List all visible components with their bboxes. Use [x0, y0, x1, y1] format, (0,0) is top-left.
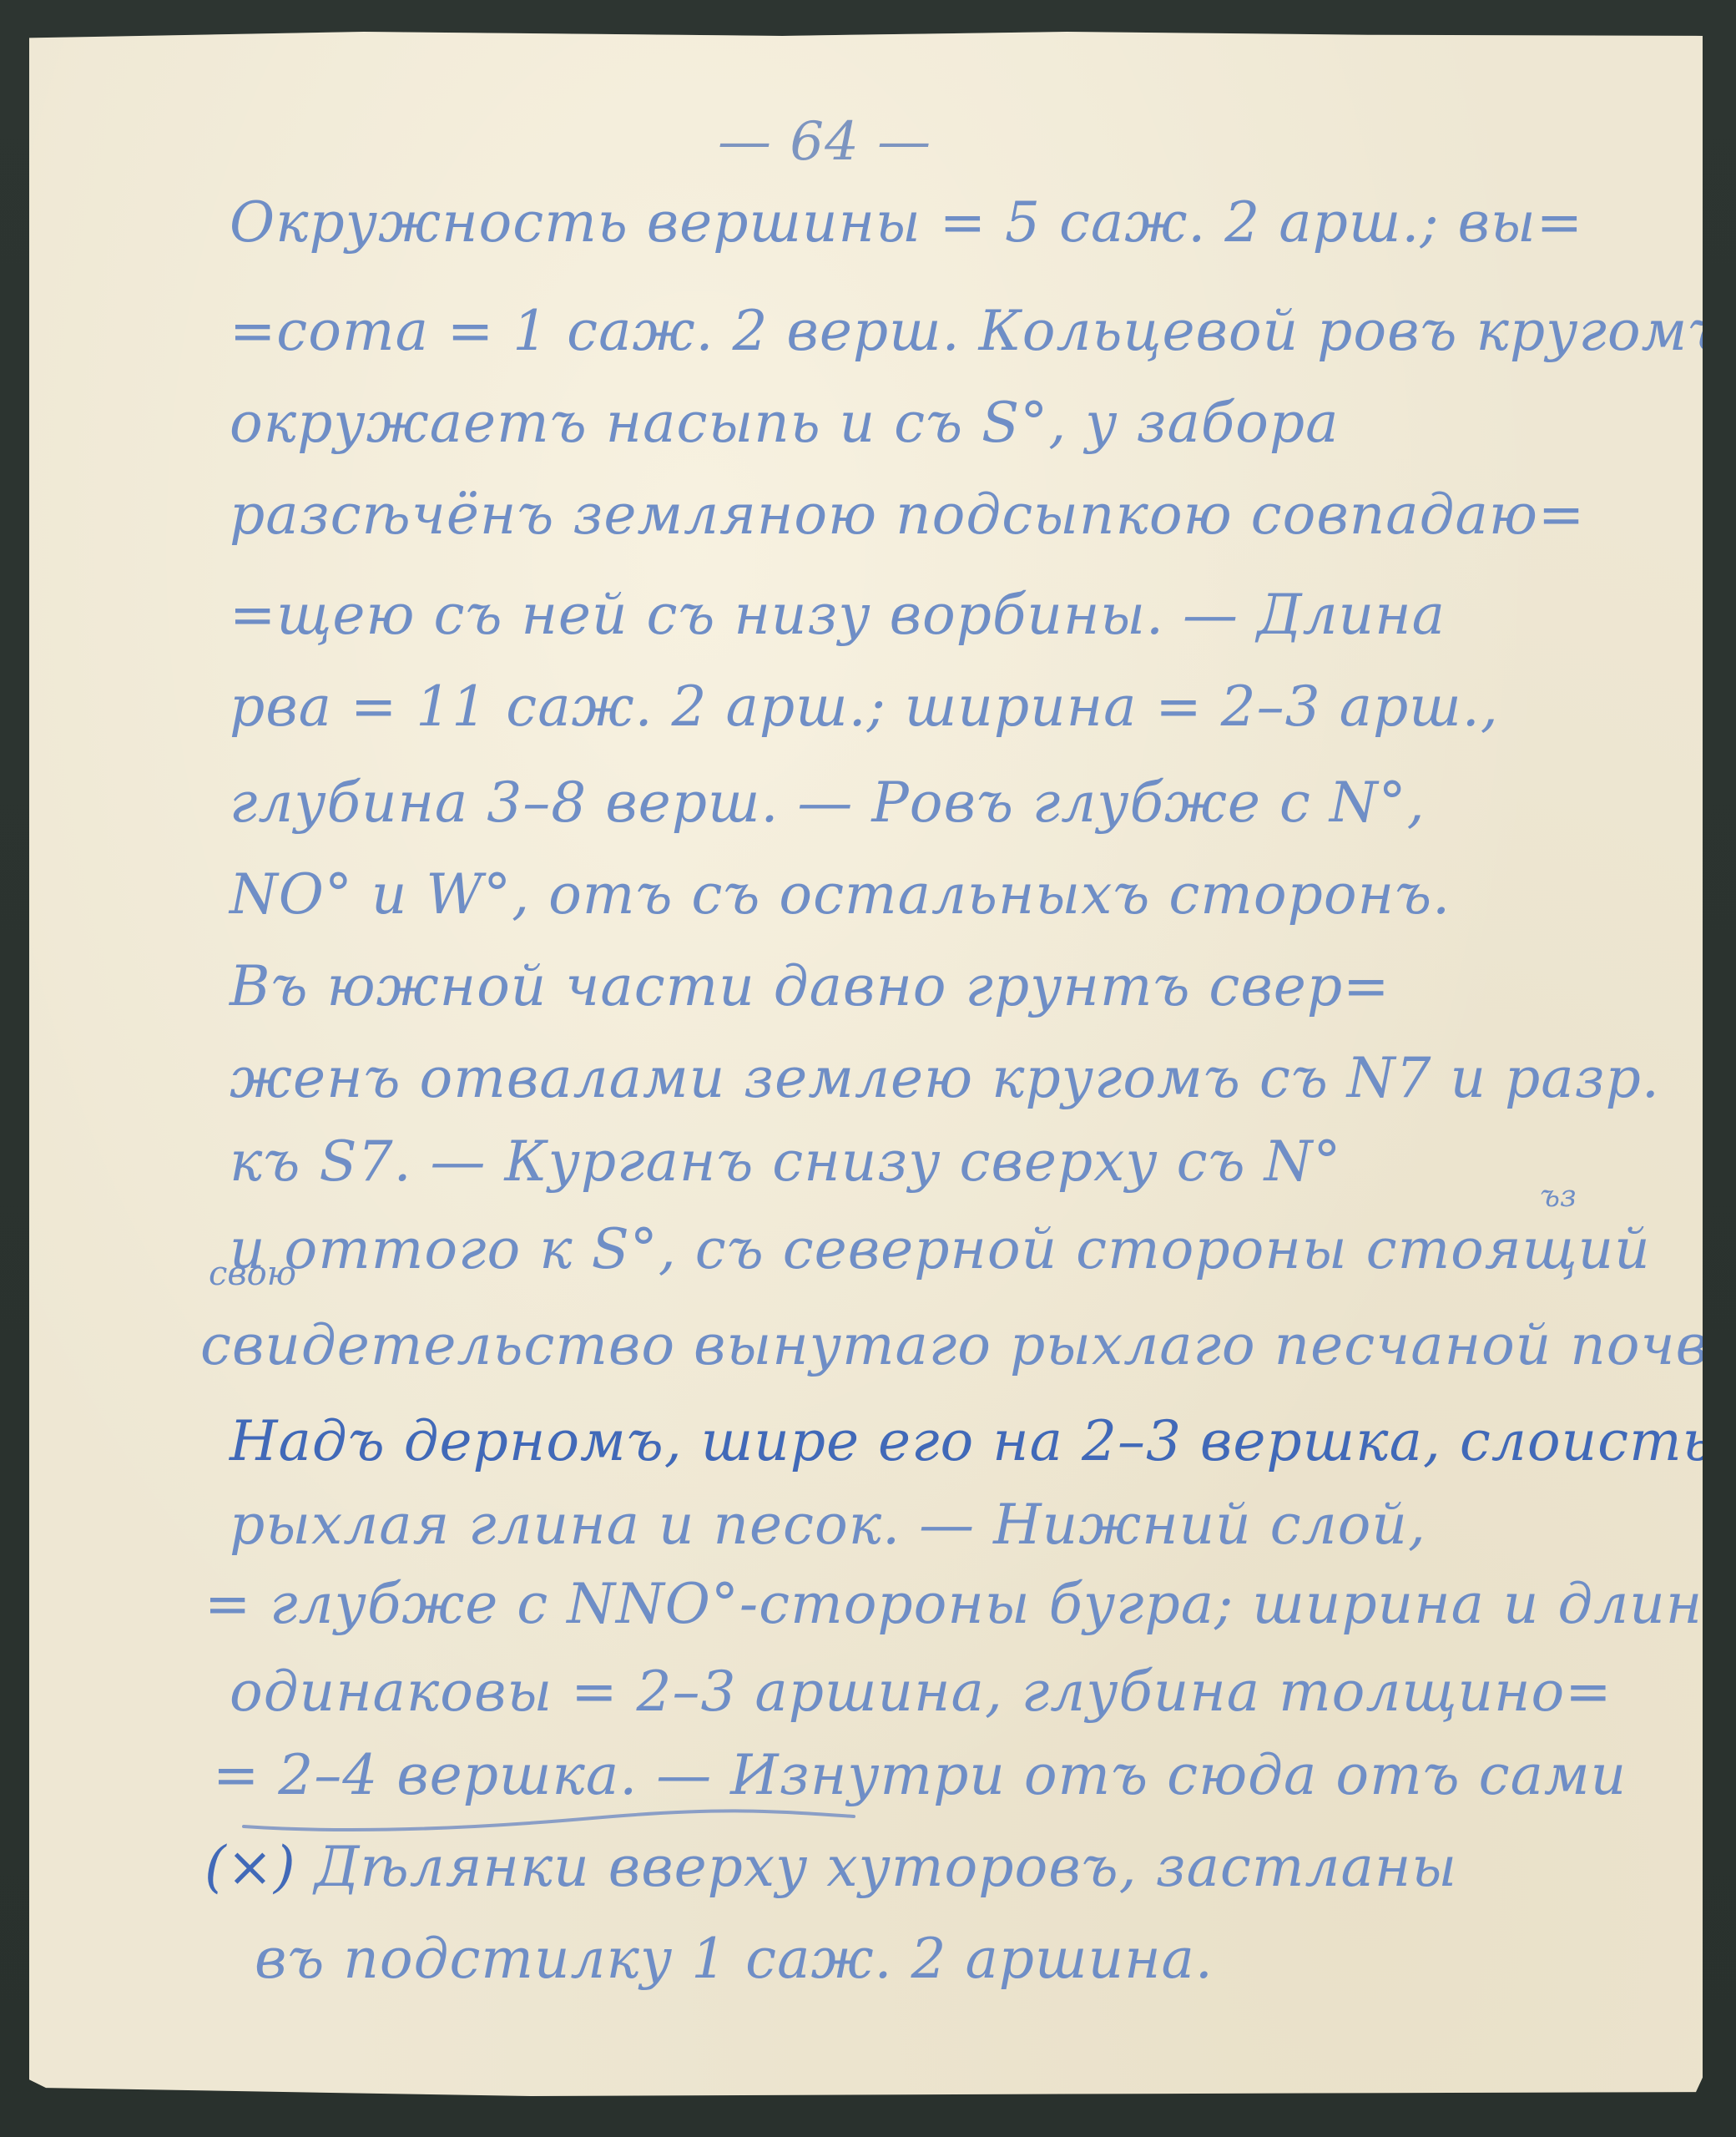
manuscript-line-6: рва = 11 саж. 2 арш.; ширина = 2–3 арш.,	[230, 674, 1499, 739]
manuscript-line-10: женъ отвалами землею кругомъ съ N7 и раз…	[230, 1046, 1660, 1110]
manuscript-line-18: = 2–4 вершка. — Изнутри отъ сюда отъ сам…	[213, 1743, 1627, 1807]
manuscript-line-5: =щею съ ней съ низу ворбины. — Длина	[230, 583, 1446, 647]
manuscript-page: — 64 — Окружность вершины = 5 саж. 2 арш…	[29, 32, 1703, 2100]
footnote-line-1: (×) Дѣлянки вверху хуторовъ, застланы	[204, 1835, 1457, 1899]
manuscript-line-11: къ S7. — Курганъ снизу сверху съ N°	[230, 1129, 1341, 1194]
manuscript-line-7: глубина 3–8 верш. — Ровъ глубже с N°,	[230, 770, 1426, 835]
manuscript-line-1: Окружность вершины = 5 саж. 2 арш.; вы=	[230, 190, 1583, 255]
manuscript-line-14: Надъ дерномъ, шире его на 2–3 вершка, сл…	[230, 1409, 1736, 1473]
manuscript-line-3: окружаетъ насыпь и съ S°, у забора	[230, 391, 1339, 455]
manuscript-line-15: рыхлая глина и песок. — Нижний слой,	[230, 1493, 1426, 1557]
margin-annotation-right: ъз	[1540, 1180, 1577, 1214]
manuscript-line-4: разсѣчёнъ земляною подсыпкою совпадаю=	[230, 482, 1585, 547]
footnote-text-1: Дѣлянки вверху хуторовъ, застланы	[315, 1835, 1457, 1899]
manuscript-line-16: = глубже с NNO°-стороны бугра; ширина и …	[204, 1572, 1736, 1636]
page-number: — 64 —	[718, 111, 931, 173]
manuscript-line-13: свидетельство вынутаго рыхлаго песчаной …	[200, 1313, 1736, 1377]
manuscript-line-9: Въ южной части давно грунтъ свер=	[230, 954, 1390, 1018]
footnote-marker: (×)	[204, 1835, 296, 1899]
interlinear-insertion: свою	[209, 1255, 296, 1293]
manuscript-line-8: NO° и W°, отъ съ остальныхъ сторонъ.	[230, 862, 1451, 927]
manuscript-line-2: =сота = 1 саж. 2 верш. Кольцевой ровъ кр…	[230, 299, 1725, 363]
manuscript-line-12: и оттого к S°, съ северной стороны стоящ…	[230, 1217, 1651, 1281]
footnote-separator-line	[242, 1808, 855, 1833]
manuscript-line-17: одинаковы = 2–3 аршина, глубина толщино=	[230, 1660, 1612, 1724]
footnote-line-2: въ подстилку 1 саж. 2 аршина.	[255, 1927, 1214, 1991]
